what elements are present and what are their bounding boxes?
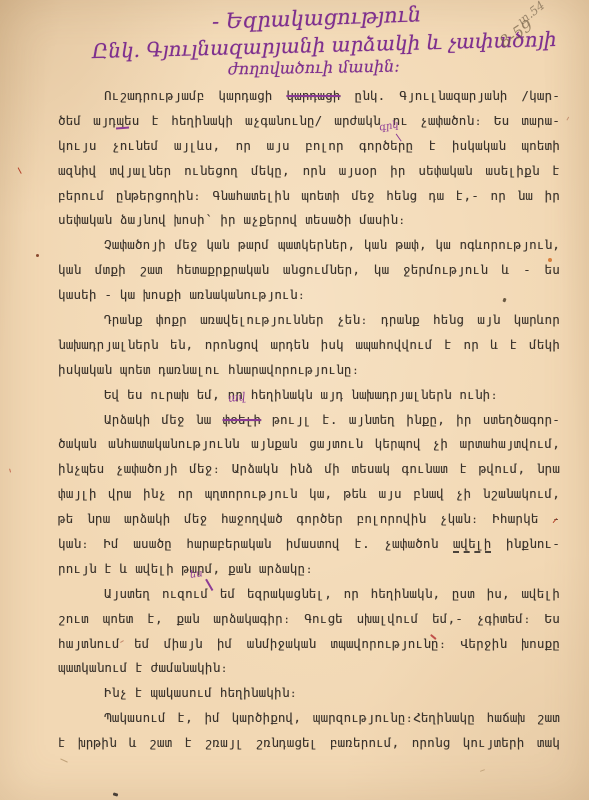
text-segment: է խրթին և շատ է շռայլ շռնդացել բառերում,… xyxy=(58,735,560,750)
struck-word: փօելի xyxy=(223,412,262,427)
text-line: Ինչ է պակասում հեղինակին։ xyxy=(58,681,560,706)
text-line: կան մտքի շատ հետաքրքրական անցումներ, կա … xyxy=(58,258,560,283)
text-segment: ծեմ այդպես է հեղինակի աչգանունը/ արժակն … xyxy=(58,113,560,128)
paper-speck xyxy=(17,167,22,174)
text-segment: հայտնում եմ միայն իմ անմիջական տպավորութ… xyxy=(58,636,560,651)
text-segment: Չափածոյի մեջ կան թարմ պատկերներ, կան թափ… xyxy=(104,237,560,252)
paper-speck xyxy=(36,254,39,257)
text-line: Ուշադրությամբ կարդացի կարդացի ընկ. Գյուլ… xyxy=(58,84,560,109)
text-segment: փայլի վրա ինչ որ պղտորություն կա, թեև այ… xyxy=(58,486,560,501)
text-line: փայլի վրա ինչ որ պղտորություն կա, թեև այ… xyxy=(58,482,560,507)
paper-speck xyxy=(480,769,485,772)
text-segment: թույլ է. այնտեղ ինքը, իր ստեղծագոր- xyxy=(261,412,560,427)
paper-speck xyxy=(60,758,68,762)
text-line: Դրանք փոքր առավելություններ չեն։ դրանք հ… xyxy=(58,308,560,333)
text-line: է խրթին և շատ է շռայլ շռնդացել բառերում,… xyxy=(58,731,560,756)
text-line: ծական անհատականությունն այնքան ցայտուն կ… xyxy=(58,432,560,457)
dash-underlined-word: ավելի xyxy=(453,536,492,553)
text-line: Չափածոյի մեջ կան թարմ պատկերներ, կան թափ… xyxy=(58,233,560,258)
struck-word: կարդացի xyxy=(286,88,340,103)
text-segment: Արձակի մեջ նա xyxy=(104,412,223,427)
text-line: ազնիվ տվյալներ ունեցող մեկը, որն այսօր ի… xyxy=(58,159,560,184)
text-segment: Դրանք փոքր առավելություններ չեն։ դրանք հ… xyxy=(104,312,560,327)
text-segment: Ուշադրությամբ կարդացի xyxy=(104,88,286,103)
text-line: բերում ընթերցողին։ Գնահատելին պոետի մեջ … xyxy=(58,184,560,209)
text-line: ինչպես չափածոյի մեջ։ Արձակն ինձ մի տեսակ… xyxy=(58,457,560,482)
text-line: իսկական պոետ դառնալու հնարավորությունը։ xyxy=(58,358,560,383)
text-line: Եվ ես ուրախ եմ, որ հեղինակն այդ նախադրյա… xyxy=(58,383,560,408)
text-line: կասեի - կա խոսքի առնականություն։ xyxy=(58,283,560,308)
text-segment: ծական անհատականությունն այնքան ցայտուն կ… xyxy=(58,436,560,451)
text-segment: թե նրա արձակի մեջ հաջողված գործեր բոլորո… xyxy=(58,511,560,526)
proof-insertion-3: ես xyxy=(189,568,203,581)
text-segment: կան մտքի շատ հետաքրքրական անցումներ, կա … xyxy=(58,262,560,277)
paper-speck xyxy=(113,792,119,796)
text-segment: Պակասում է, իմ կարծիքով, պարզությունը։Հե… xyxy=(104,710,560,725)
text-segment: Ինչ է պակասում հեղինակին։ xyxy=(104,685,297,700)
handwritten-title-line-1: - Եզրակացություն xyxy=(212,2,422,33)
typed-body: Ուշադրությամբ կարդացի կարդացի ընկ. Գյուլ… xyxy=(58,84,560,756)
text-line: Պակասում է, իմ կարծիքով, պարզությունը։Հե… xyxy=(58,706,560,731)
text-segment: ընկ. Գյուլնազարյանի /կար- xyxy=(340,88,560,103)
text-segment: նախադրյալներն են, որոնցով արդեն իսկ ապահ… xyxy=(58,337,560,352)
text-line: կան։ Իմ ասածը հարաբերական իմաստով է. չափ… xyxy=(58,532,560,557)
text-line: թե նրա արձակի մեջ հաջողված գործեր բոլորո… xyxy=(58,507,560,532)
text-segment: ինչպես չափածոյի մեջ։ Արձակն ինձ մի տեսակ… xyxy=(58,461,560,476)
proof-insertion-2: ավ xyxy=(227,390,246,405)
text-segment: Եվ ես ուրախ եմ, որ հեղինակն այդ նախադրյա… xyxy=(104,387,498,402)
text-line: ծեմ այդպես է հեղինակի աչգանունը/ արժակն … xyxy=(58,109,560,134)
paper-speck xyxy=(566,117,569,121)
text-line: Այստեղ ուզում եմ եզրակացնել, որ հեղինակն… xyxy=(58,582,560,607)
text-line: պատկանում է ժամանակին։ xyxy=(58,656,560,681)
text-segment: շուտ պոետ է, քան արձակագիր։ Գուցե սխալվո… xyxy=(58,611,560,626)
text-segment: սեփական ձայնով խոսի՝ իր աչքերով տեսածի մ… xyxy=(58,212,406,227)
text-segment: ինքնու- xyxy=(491,536,560,551)
paper-speck xyxy=(9,469,11,473)
document-page: - Եզրակացություն Ընկ. Գյուլնազարյանի արձ… xyxy=(0,0,589,800)
text-line: Արձակի մեջ նա փօելի թույլ է. այնտեղ ինքը… xyxy=(58,408,560,433)
text-segment: իսկական պոետ դառնալու հնարավորությունը։ xyxy=(58,362,359,377)
text-line: կույս չունեմ այլևս, որ այս բոլոր գործերը… xyxy=(58,134,560,159)
text-segment: բերում ընթերցողին։ Գնահատելին պոետի մեջ … xyxy=(58,188,560,203)
text-segment: ազնիվ տվյալներ ունեցող մեկը, որն այսօր ի… xyxy=(58,163,560,178)
text-segment: կույս չունեմ այլևս, որ այս բոլոր գործերը… xyxy=(58,138,560,153)
text-line: շուտ պոետ է, քան արձակագիր։ Գուցե սխալվո… xyxy=(58,607,560,632)
text-segment: Այստեղ ուզում եմ եզրակացնել, որ հեղինակն… xyxy=(104,586,560,601)
text-line: սեփական ձայնով խոսի՝ իր աչքերով տեսածի մ… xyxy=(58,208,560,233)
text-segment: կան։ Իմ ասածը հարաբերական իմաստով է. չափ… xyxy=(58,536,453,551)
text-segment: պատկանում է ժամանակին։ xyxy=(58,660,228,675)
text-line: հայտնում եմ միայն իմ անմիջական տպավորութ… xyxy=(58,632,560,657)
paper-speck xyxy=(548,258,552,262)
text-line: նախադրյալներն են, որոնցով արդեն իսկ ապահ… xyxy=(58,333,560,358)
handwritten-title-line-3: ժողովածուի մասին: xyxy=(228,57,400,79)
text-segment: րույն է և ավելի թարմ, քան արձակը։ xyxy=(58,561,313,576)
text-segment: կասեի - կա խոսքի առնականություն։ xyxy=(58,287,305,302)
text-line: րույն է և ավելի թարմ, քան արձակը։ xyxy=(58,557,560,582)
